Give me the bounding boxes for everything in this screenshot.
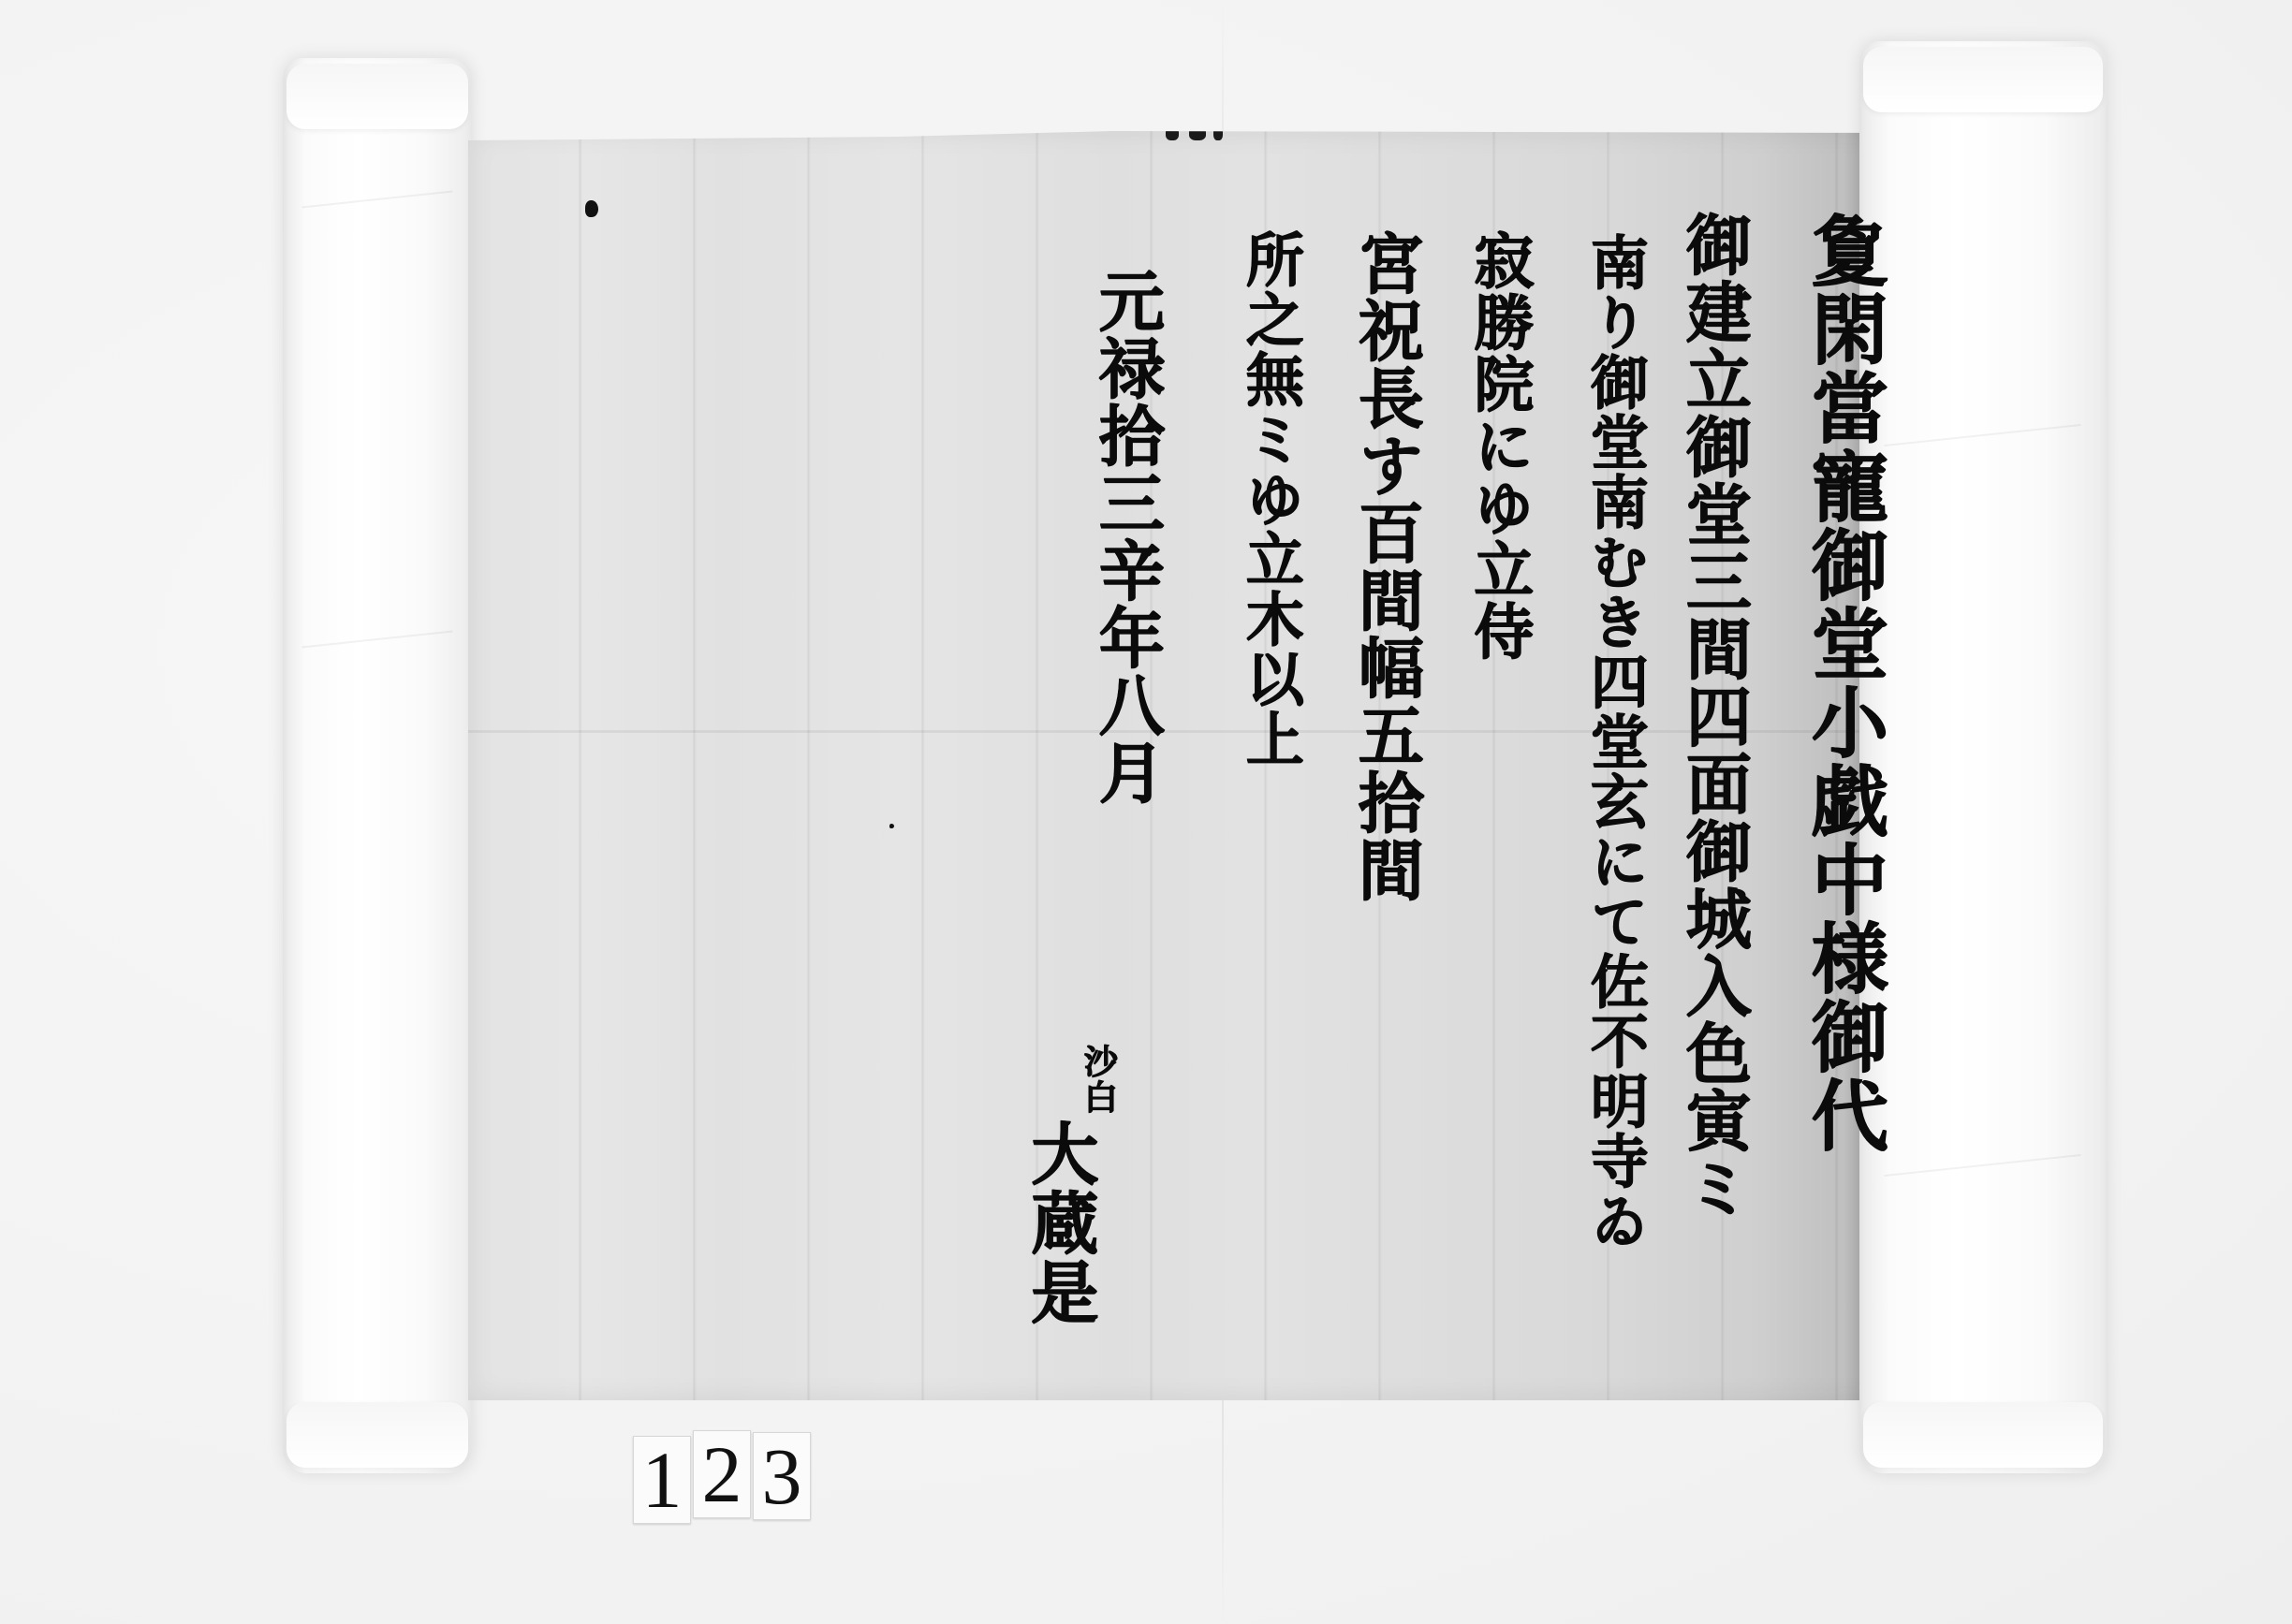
text-column-4: 寂勝院にゆ立侍 [1468,229,1528,753]
text-column-6: 所之無ミゆ立木以上 [1241,229,1299,772]
roller-wrinkle [1885,424,2081,446]
roller-top-cap [286,64,468,129]
signature-name: 大蔵是 [1025,1119,1093,1326]
text-column-2: 御建立御堂三間四面御城入色寅ミ [1681,211,1746,1306]
text-column-3: 南り御堂南むき四堂玄にて佐不明寺ゐ [1585,232,1643,1309]
ink-speck [889,824,894,828]
signature-prefix: 沙白 [1081,1044,1115,1115]
number-tile-3: 3 [753,1432,811,1520]
date-column: 元禄拾三辛年八月 [1094,267,1159,847]
roller-bottom-cap [1863,1402,2103,1468]
number-tile-2: 2 [693,1430,751,1518]
right-scroll-roller [1859,41,2107,1473]
left-scroll-roller [283,58,472,1473]
roller-top-cap [1863,47,2103,112]
number-tile-1: 1 [633,1436,691,1524]
roller-wrinkle [1885,1154,2081,1177]
ink-spot [585,200,598,217]
roller-wrinkle [302,191,453,209]
roller-wrinkle [302,631,453,649]
text-column-1: 夐閑當寵御堂小戯中様御代 [1805,211,1882,1278]
text-column-5: 宮祝長す百間幅五拾間 [1353,229,1418,922]
specimen-number-card: 1 2 3 [633,1430,811,1524]
roller-bottom-cap [286,1402,468,1468]
